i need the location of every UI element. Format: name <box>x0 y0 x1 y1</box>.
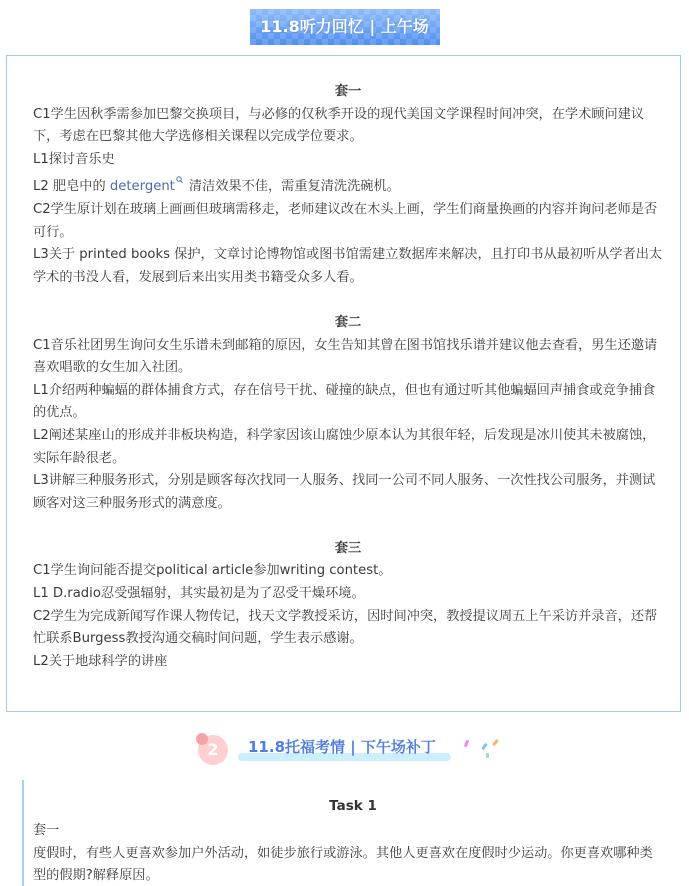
confetti-icon <box>492 739 499 746</box>
set-3-item-c1: C1学生询问能否提交political article参加writing con… <box>33 560 663 583</box>
set-2-item-l2: L2阐述某座山的形成并非板块构造，科学家因该山腐蚀少原本认为其很年轻，后发现是冰… <box>33 425 663 470</box>
search-icon[interactable] <box>176 177 183 187</box>
detergent-link[interactable]: detergent <box>110 179 175 194</box>
set-1-item-l2: L2 肥皂中的 detergent清洁效果不佳，需重复清洗洗碗机。 <box>33 171 663 199</box>
set-3-item-c2: C2学生为完成新闻写作课人物传记，找天文学教授采访，因时间冲突，教授提议周五上午… <box>33 606 663 651</box>
set-1-item-c2: C2学生原计划在玻璃上画画但玻璃需移走，老师建议改在木头上画，学生们商量换画的内… <box>33 199 663 244</box>
spacer <box>33 289 663 312</box>
afternoon-set-label: 套一 <box>33 820 663 843</box>
set-2-item-c1: C1音乐社团男生询问女生乐谱未到邮箱的原因，女生告知其曾在图书馆找乐谱并建议他去… <box>33 335 663 380</box>
task-1-prompt: 度假时，有些人更喜欢参加户外活动，如徒步旅行或游泳。其他人更喜欢在度假时少运动。… <box>33 843 663 886</box>
set-1-title: 套一 <box>33 81 663 104</box>
confetti-icon <box>464 740 469 748</box>
set-2-item-l1: L1介绍两种蝙蝠的群体捕食方式，存在信号干扰、碰撞的缺点，但也有通过听其他蝙蝠回… <box>33 380 663 425</box>
set-3-title: 套三 <box>33 538 663 561</box>
afternoon-content: 套一 度假时，有些人更喜欢参加户外活动，如徒步旅行或游泳。其他人更喜欢在度假时少… <box>33 820 663 886</box>
banner-afternoon: 2 11.8托福考情 | 下午场补丁 <box>0 730 689 770</box>
set-1-item-c1: C1学生因秋季需参加巴黎交换项目，与必修的仅秋季开设的现代美国文学课程时间冲突，… <box>33 104 663 149</box>
set-2-item-l3: L3讲解三种服务形式，分别是顾客每次找同一人服务、找同一公司不同人服务、一次性找… <box>33 470 663 515</box>
set-3-item-l2: L2关于地球科学的讲座 <box>33 651 663 674</box>
banner-afternoon-title: 11.8托福考情 | 下午场补丁 <box>248 736 436 758</box>
confetti-icon <box>481 743 487 750</box>
task-1-title: Task 1 <box>33 798 673 814</box>
decor-dot <box>196 733 208 745</box>
l2-suffix: 清洁效果不佳，需重复清洗洗碗机。 <box>189 179 400 194</box>
banner-morning-wrap: 11.8听力回忆 | 上午场 <box>0 9 689 45</box>
set-3-item-l1: L1 D.radio忍受强辐射，其实最初是为了忍受干燥环境。 <box>33 583 663 606</box>
l2-prefix: L2 肥皂中的 <box>33 179 110 194</box>
banner-morning-title: 11.8听力回忆 | 上午场 <box>250 9 440 45</box>
spacer <box>33 515 663 538</box>
confetti-icon <box>486 753 489 758</box>
set-1-item-l3: L3关于 printed books 保护，文章讨论博物馆或图书馆需建立数据库来… <box>33 244 663 289</box>
set-2-title: 套二 <box>33 312 663 335</box>
morning-recall-content: 套一 C1学生因秋季需参加巴黎交换项目，与必修的仅秋季开设的现代美国文学课程时间… <box>33 81 663 673</box>
set-1-item-l1: L1探讨音乐史 <box>33 149 663 172</box>
